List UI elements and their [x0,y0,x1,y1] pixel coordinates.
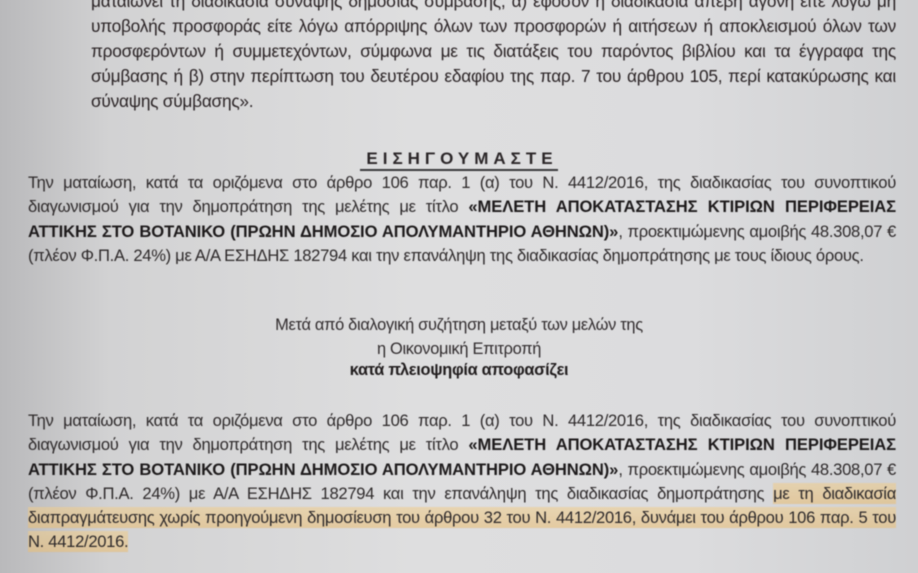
decision-paragraph: Την ματαίωση, κατά τα οριζόμενα στο άρθρ… [28,409,896,555]
proposal-paragraph: Την ματαίωση, κατά τα οριζόμενα στο άρθρ… [28,171,896,268]
deliberation-line-2: η Οικονομική Επιτροπή [0,340,918,359]
heading-text: ΕΙΣΗΓΟΥΜΑΣΤΕ [360,149,557,171]
document-page: ματαιώνει τη διαδικασία σύναψης δημόσιας… [0,0,918,573]
section-heading: ΕΙΣΗΓΟΥΜΑΣΤΕ [0,149,918,169]
decision-statement: κατά πλειοψηφία αποφασίζει [0,361,918,380]
deliberation-line-1: Μετά από διαλογική συζήτηση μεταξύ των μ… [0,316,918,335]
previous-paragraph: ματαιώνει τη διαδικασία σύναψης δημόσιας… [91,0,896,114]
